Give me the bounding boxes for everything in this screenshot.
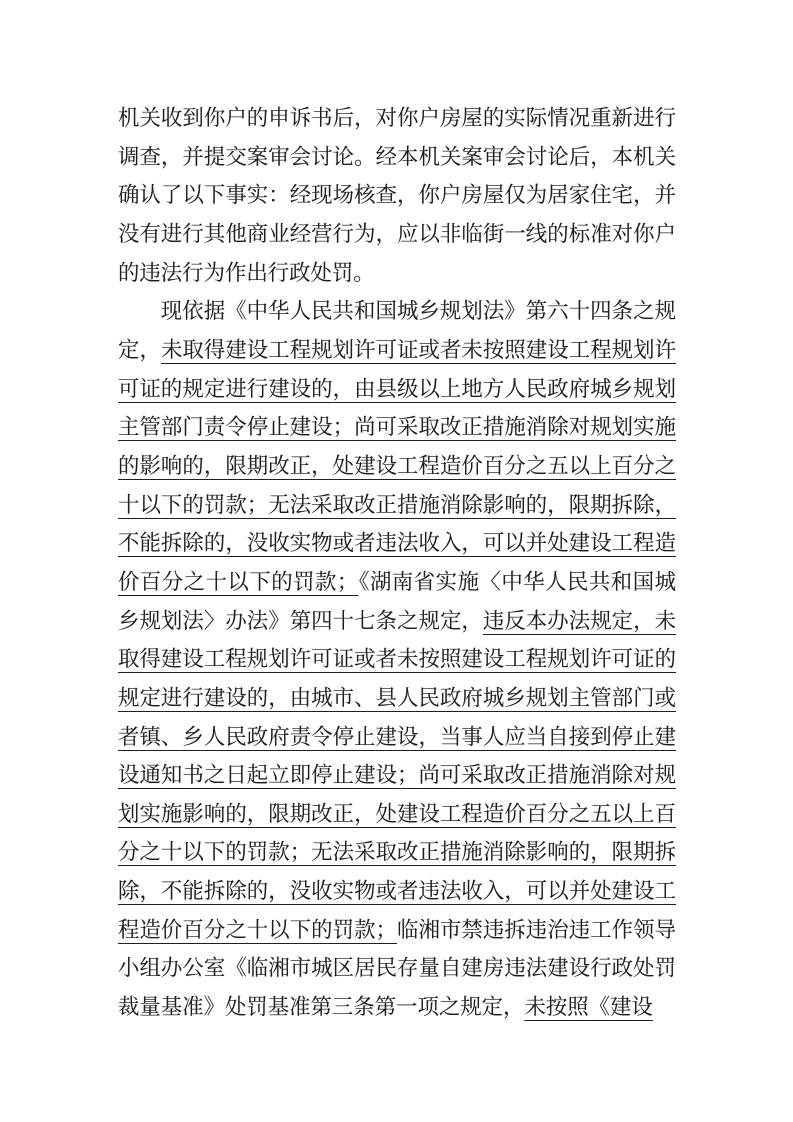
text-segment: 机关收到你户的申诉书后，对你户房屋的实际情况重新进行调查，并提交案审会讨论。经本…	[118, 106, 676, 285]
underlined-text-segment: 未取得建设工程规划许可证或者未按照建设工程规划许可证的规定进行建设的，由县级以上…	[118, 338, 676, 594]
document-text: 机关收到你户的申诉书后，对你户房屋的实际情况重新进行调查，并提交案审会讨论。经本…	[118, 99, 676, 1027]
paragraph: 机关收到你户的申诉书后，对你户房屋的实际情况重新进行调查，并提交案审会讨论。经本…	[118, 99, 676, 292]
underlined-text-segment: 未按照《建设	[524, 995, 652, 1019]
paragraph: 现依据《中华人民共和国城乡规划法》第六十四条之规定，未取得建设工程规划许可证或者…	[118, 292, 676, 1026]
document-page: 机关收到你户的申诉书后，对你户房屋的实际情况重新进行调查，并提交案审会讨论。经本…	[0, 0, 793, 1122]
underlined-text-segment: 违反本办法规定，未取得建设工程规划许可证或者未按照建设工程规划许可证的规定进行建…	[118, 609, 676, 942]
